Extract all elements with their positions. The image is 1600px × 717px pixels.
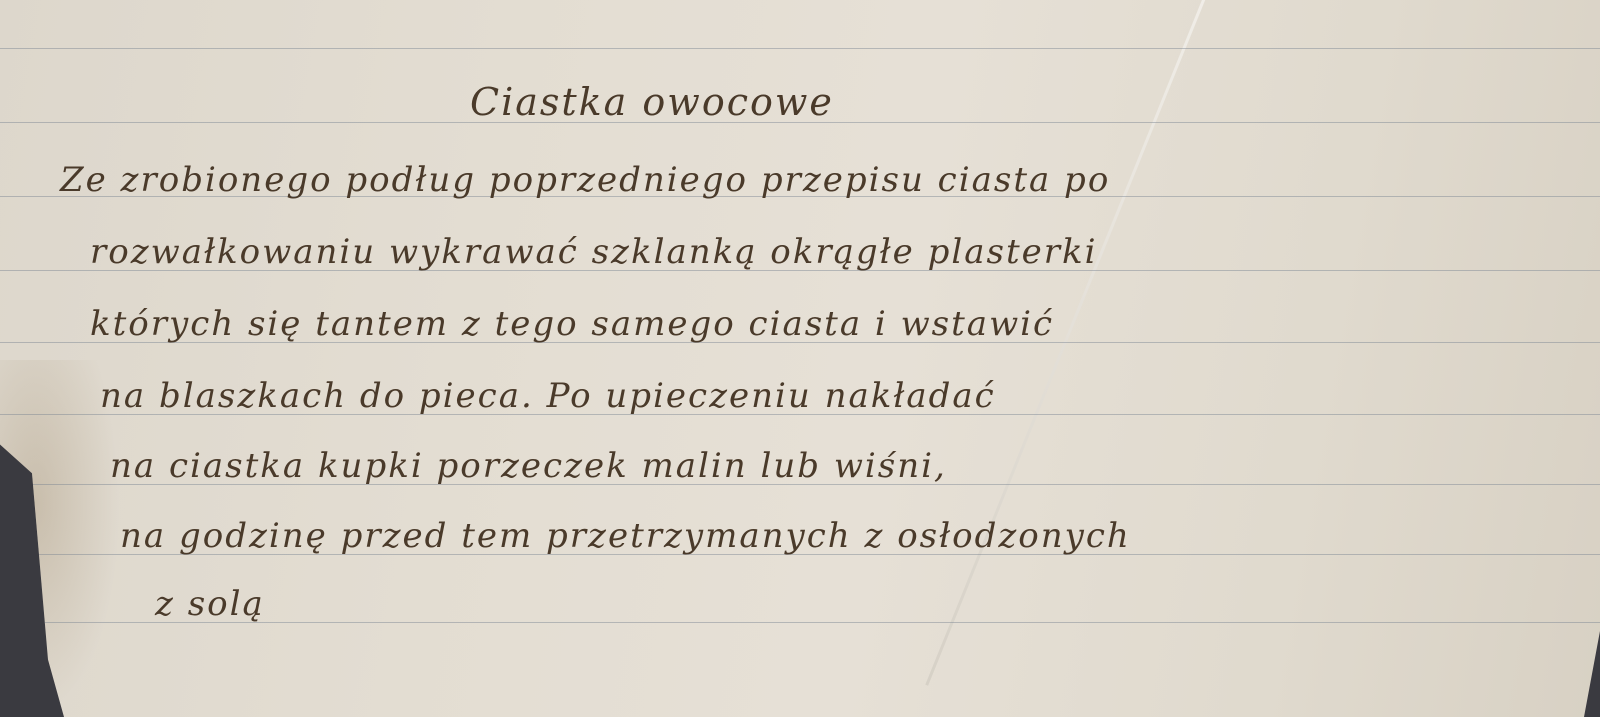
recipe-line-4: na blaszkach do pieca. Po upieczeniu nak… xyxy=(100,376,996,416)
recipe-line-1: Ze zrobionego podług poprzedniego przepi… xyxy=(60,160,1110,200)
recipe-line-5: na ciastka kupki porzeczek malin lub wiś… xyxy=(110,446,947,486)
recipe-title: Ciastka owocowe xyxy=(470,80,834,124)
recipe-line-2: rozwałkowaniu wykrawać szklanką okrągłe … xyxy=(90,232,1097,272)
paper-sheet: Ciastka owocowe Ze zrobionego podług pop… xyxy=(0,0,1600,717)
recipe-line-7: z solą xyxy=(155,584,265,624)
recipe-line-3: których się tantem z tego samego ciasta … xyxy=(90,304,1054,344)
ruled-line xyxy=(0,48,1600,49)
recipe-line-6: na godzinę przed tem przetrzymanych z os… xyxy=(120,516,1131,556)
